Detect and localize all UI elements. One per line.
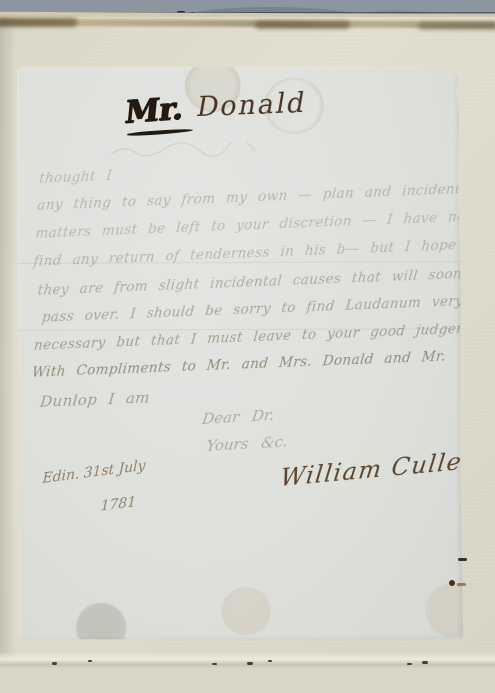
ink-showthrough-squiggle — [109, 142, 259, 159]
salutation: Dear Dr. — [201, 406, 275, 428]
body-line: matters must be left to your discretion … — [35, 208, 490, 242]
body-line: pass over. I should be sorry to find Lau… — [41, 293, 464, 326]
page-crease-line — [0, 652, 495, 668]
crease-speck — [247, 662, 253, 665]
crease-speck — [52, 662, 57, 665]
crease-speck — [268, 660, 272, 662]
crease-speck — [422, 661, 428, 664]
edge-stain-blotch — [418, 22, 495, 30]
body-line: any thing to say from my own — plan and … — [37, 181, 475, 214]
edge-stain-blotch — [255, 21, 350, 29]
album-page-below-crease — [0, 668, 495, 693]
gutter-shadow — [0, 17, 16, 693]
signature: William Cullen — [279, 445, 481, 492]
continuation-line: Dunlop I am — [39, 389, 151, 411]
body-line: they are from slight incidental causes t… — [37, 266, 463, 299]
crease-speck — [88, 660, 92, 662]
manuscript-scan: Mr. Donald thought I any thing to say fr… — [0, 0, 495, 693]
valediction: Yours &c. — [205, 432, 288, 455]
dateline: Edin. 31st July — [42, 458, 146, 487]
ink-speck — [458, 558, 467, 561]
docket-name: Donald — [194, 88, 309, 124]
ink-speck — [457, 583, 466, 586]
docket-prefix: Mr. — [123, 90, 185, 131]
wax-speck — [449, 580, 455, 586]
paper-stain — [221, 587, 271, 635]
body-line: thought I — [38, 168, 113, 187]
body-line: find any return of tenderness in his b— … — [33, 237, 457, 270]
compliments-line: With Compliments to Mr. and Mrs. Donald … — [31, 349, 447, 381]
letter-sheet: Mr. Donald thought I any thing to say fr… — [17, 65, 464, 641]
crease-speck — [212, 663, 217, 665]
date-year: 1781 — [100, 494, 136, 515]
crease-speck — [407, 663, 412, 665]
